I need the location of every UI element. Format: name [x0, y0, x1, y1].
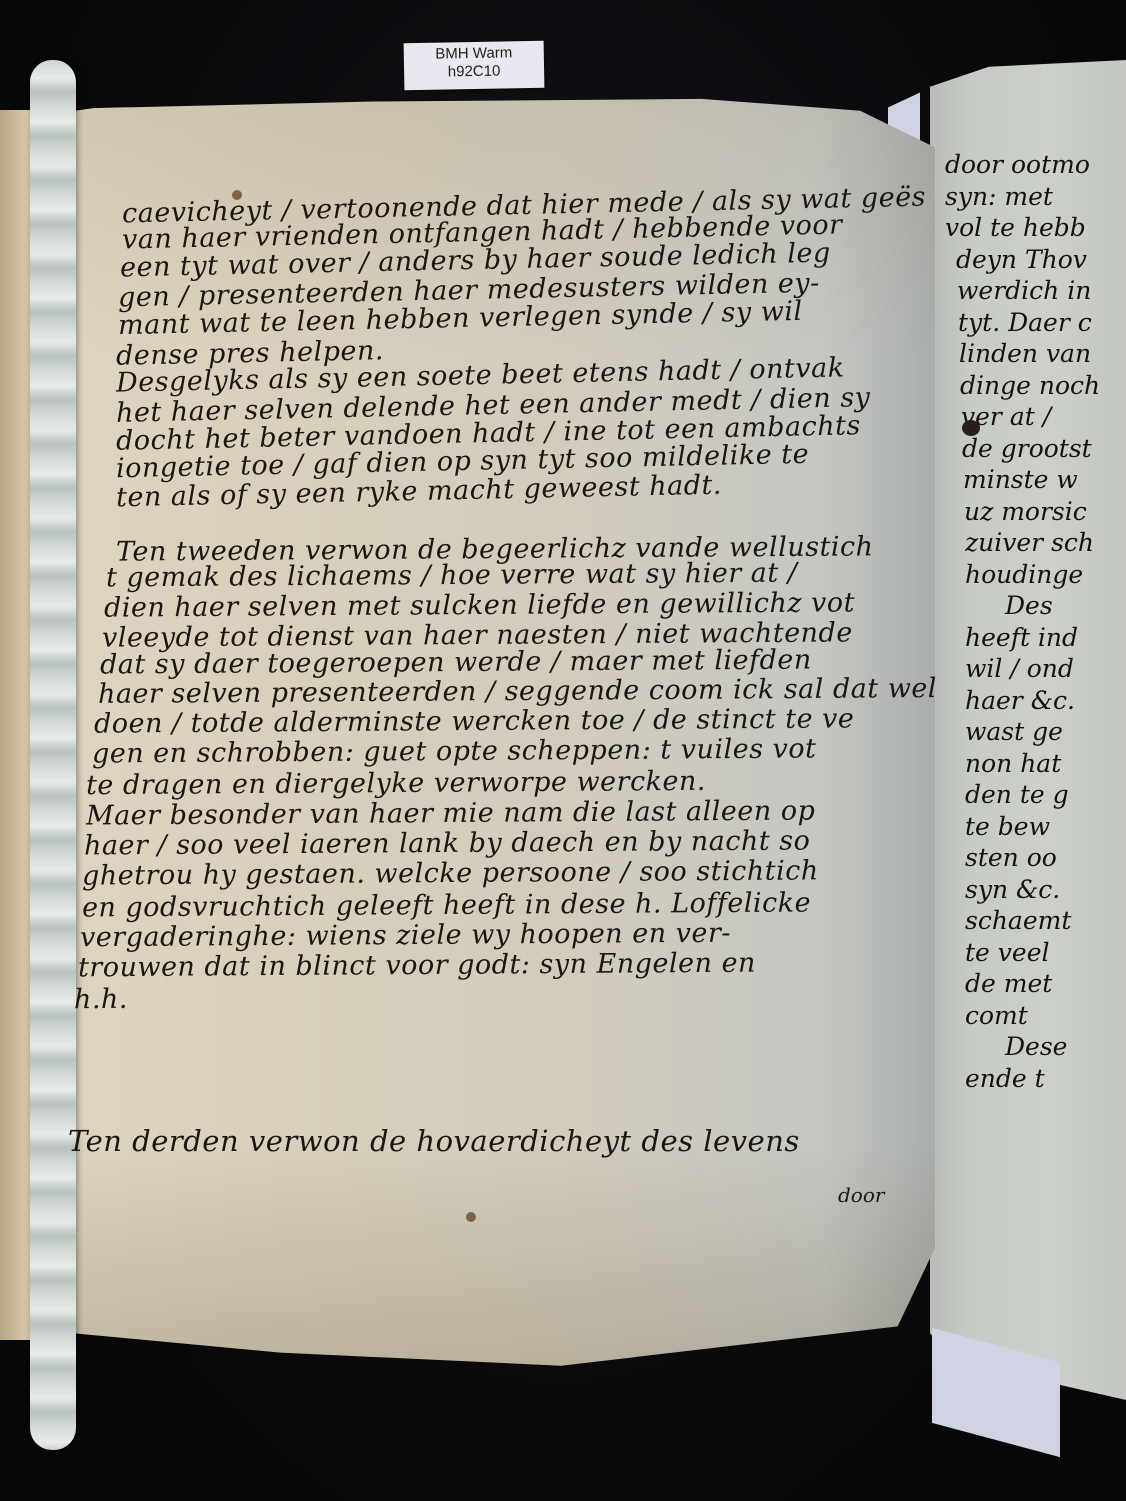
right-manuscript-line: houdinge: [965, 560, 1083, 589]
catchword: door: [838, 1183, 884, 1207]
manuscript-line: ghetrou hy gestaen. welcke persoone / so…: [82, 855, 819, 891]
binding-cord: [30, 60, 76, 1450]
right-manuscript-line: vol te hebb: [945, 213, 1086, 242]
right-manuscript-line: wast ge: [965, 717, 1063, 746]
right-manuscript-line: te bew: [965, 812, 1050, 841]
right-manuscript-line: Dese: [1005, 1032, 1067, 1061]
right-manuscript-line: haer &c.: [965, 686, 1075, 715]
manuscript-line: trouwen dat in blinct voor godt: syn Eng…: [78, 948, 756, 984]
right-manuscript-line: werdich in: [957, 276, 1091, 305]
right-manuscript-line: de met: [965, 969, 1052, 998]
manuscript-line: gen en schrobben: guet opte scheppen: t …: [92, 733, 817, 769]
right-manuscript-line: linden van: [959, 339, 1091, 368]
right-manuscript-line: syn: met: [945, 182, 1053, 211]
manuscript-line: h.h.: [74, 984, 128, 1015]
right-manuscript-line: uz morsic: [964, 497, 1087, 526]
ink-blot: [962, 420, 980, 436]
worm-hole: [466, 1212, 476, 1222]
right-manuscript-line: tyt. Daer c: [958, 308, 1092, 337]
right-manuscript-line: sten oo: [965, 843, 1057, 872]
right-manuscript-line: non hat: [965, 749, 1061, 778]
right-manuscript-line: de grootst: [962, 434, 1092, 463]
final-line: Ten derden verwon de hovaerdicheyt des l…: [68, 1124, 800, 1158]
right-manuscript-line: Des: [1005, 591, 1053, 620]
shelf-label-line2: h92C10: [404, 62, 544, 82]
right-manuscript-line: comt: [965, 1001, 1028, 1030]
shelf-label: BMH Warm h92C10: [404, 41, 545, 90]
right-manuscript-line: syn &c.: [965, 875, 1060, 904]
right-manuscript-line: te veel: [965, 938, 1050, 967]
right-manuscript-line: schaemt: [965, 906, 1071, 935]
right-manuscript-line: door ootmo: [945, 150, 1090, 179]
right-manuscript-line: minste w: [963, 465, 1078, 494]
right-manuscript-line: zuiver sch: [965, 528, 1094, 557]
right-manuscript-line: ende t: [965, 1064, 1045, 1093]
right-manuscript-line: deyn Thov: [956, 245, 1087, 274]
right-manuscript-line: dinge noch: [960, 371, 1100, 400]
right-manuscript-line: heeft ind: [965, 623, 1078, 652]
right-manuscript-line: wil / ond: [965, 654, 1074, 683]
right-manuscript-line: den te g: [965, 780, 1069, 809]
